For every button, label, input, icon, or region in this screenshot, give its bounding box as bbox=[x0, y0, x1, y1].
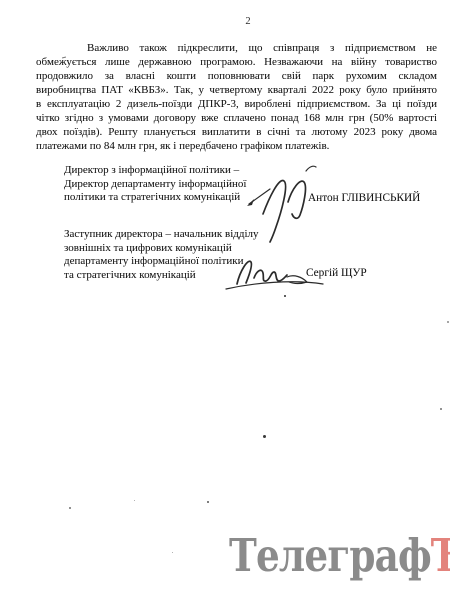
paragraph-line: в експлуатацію 2 дизель-поїзди ДПКР-3, в… bbox=[36, 97, 437, 111]
paragraph-line: чітко згідно з умовами договору вже спла… bbox=[36, 111, 437, 125]
paragraph-line: виробництва ПАТ «КВБЗ». Так, у четвертом… bbox=[36, 83, 437, 97]
watermark-text-accent: Ъ bbox=[431, 529, 450, 582]
scan-speck bbox=[134, 500, 135, 501]
page-number: 2 bbox=[240, 16, 256, 27]
scan-speck bbox=[263, 435, 266, 438]
body-paragraph: Важливо також підкреслити, що співпраця … bbox=[36, 41, 437, 153]
paragraph-line: Важливо також підкреслити, що співпраця … bbox=[36, 41, 437, 55]
signatory-name: Сергій ЩУР bbox=[306, 267, 367, 279]
document-page: 2 Важливо також підкреслити, що співпрац… bbox=[0, 0, 450, 592]
signatory-title-line: Заступник директора – начальник відділу bbox=[64, 228, 279, 242]
signatory-name: Антон ГЛІВИНСЬКИЙ bbox=[308, 192, 420, 204]
paragraph-line: платежами по 84 млн грн, як і передбачен… bbox=[36, 139, 437, 153]
watermark-text-main: Телеграф bbox=[229, 529, 431, 582]
scan-speck bbox=[447, 321, 449, 323]
paragraph-line: обмежується лише державною програмою. Не… bbox=[36, 55, 437, 69]
watermark-telegraf-logo: ТелеграфЪ bbox=[229, 533, 450, 579]
paragraph-line: двох поїздів). Решту планується виплатит… bbox=[36, 125, 437, 139]
scan-speck bbox=[207, 501, 209, 503]
scan-speck bbox=[172, 552, 173, 553]
scan-speck bbox=[440, 408, 442, 410]
paragraph-line: продовжило за власні кошти поповнювати с… bbox=[36, 69, 437, 83]
scan-speck bbox=[69, 507, 71, 509]
